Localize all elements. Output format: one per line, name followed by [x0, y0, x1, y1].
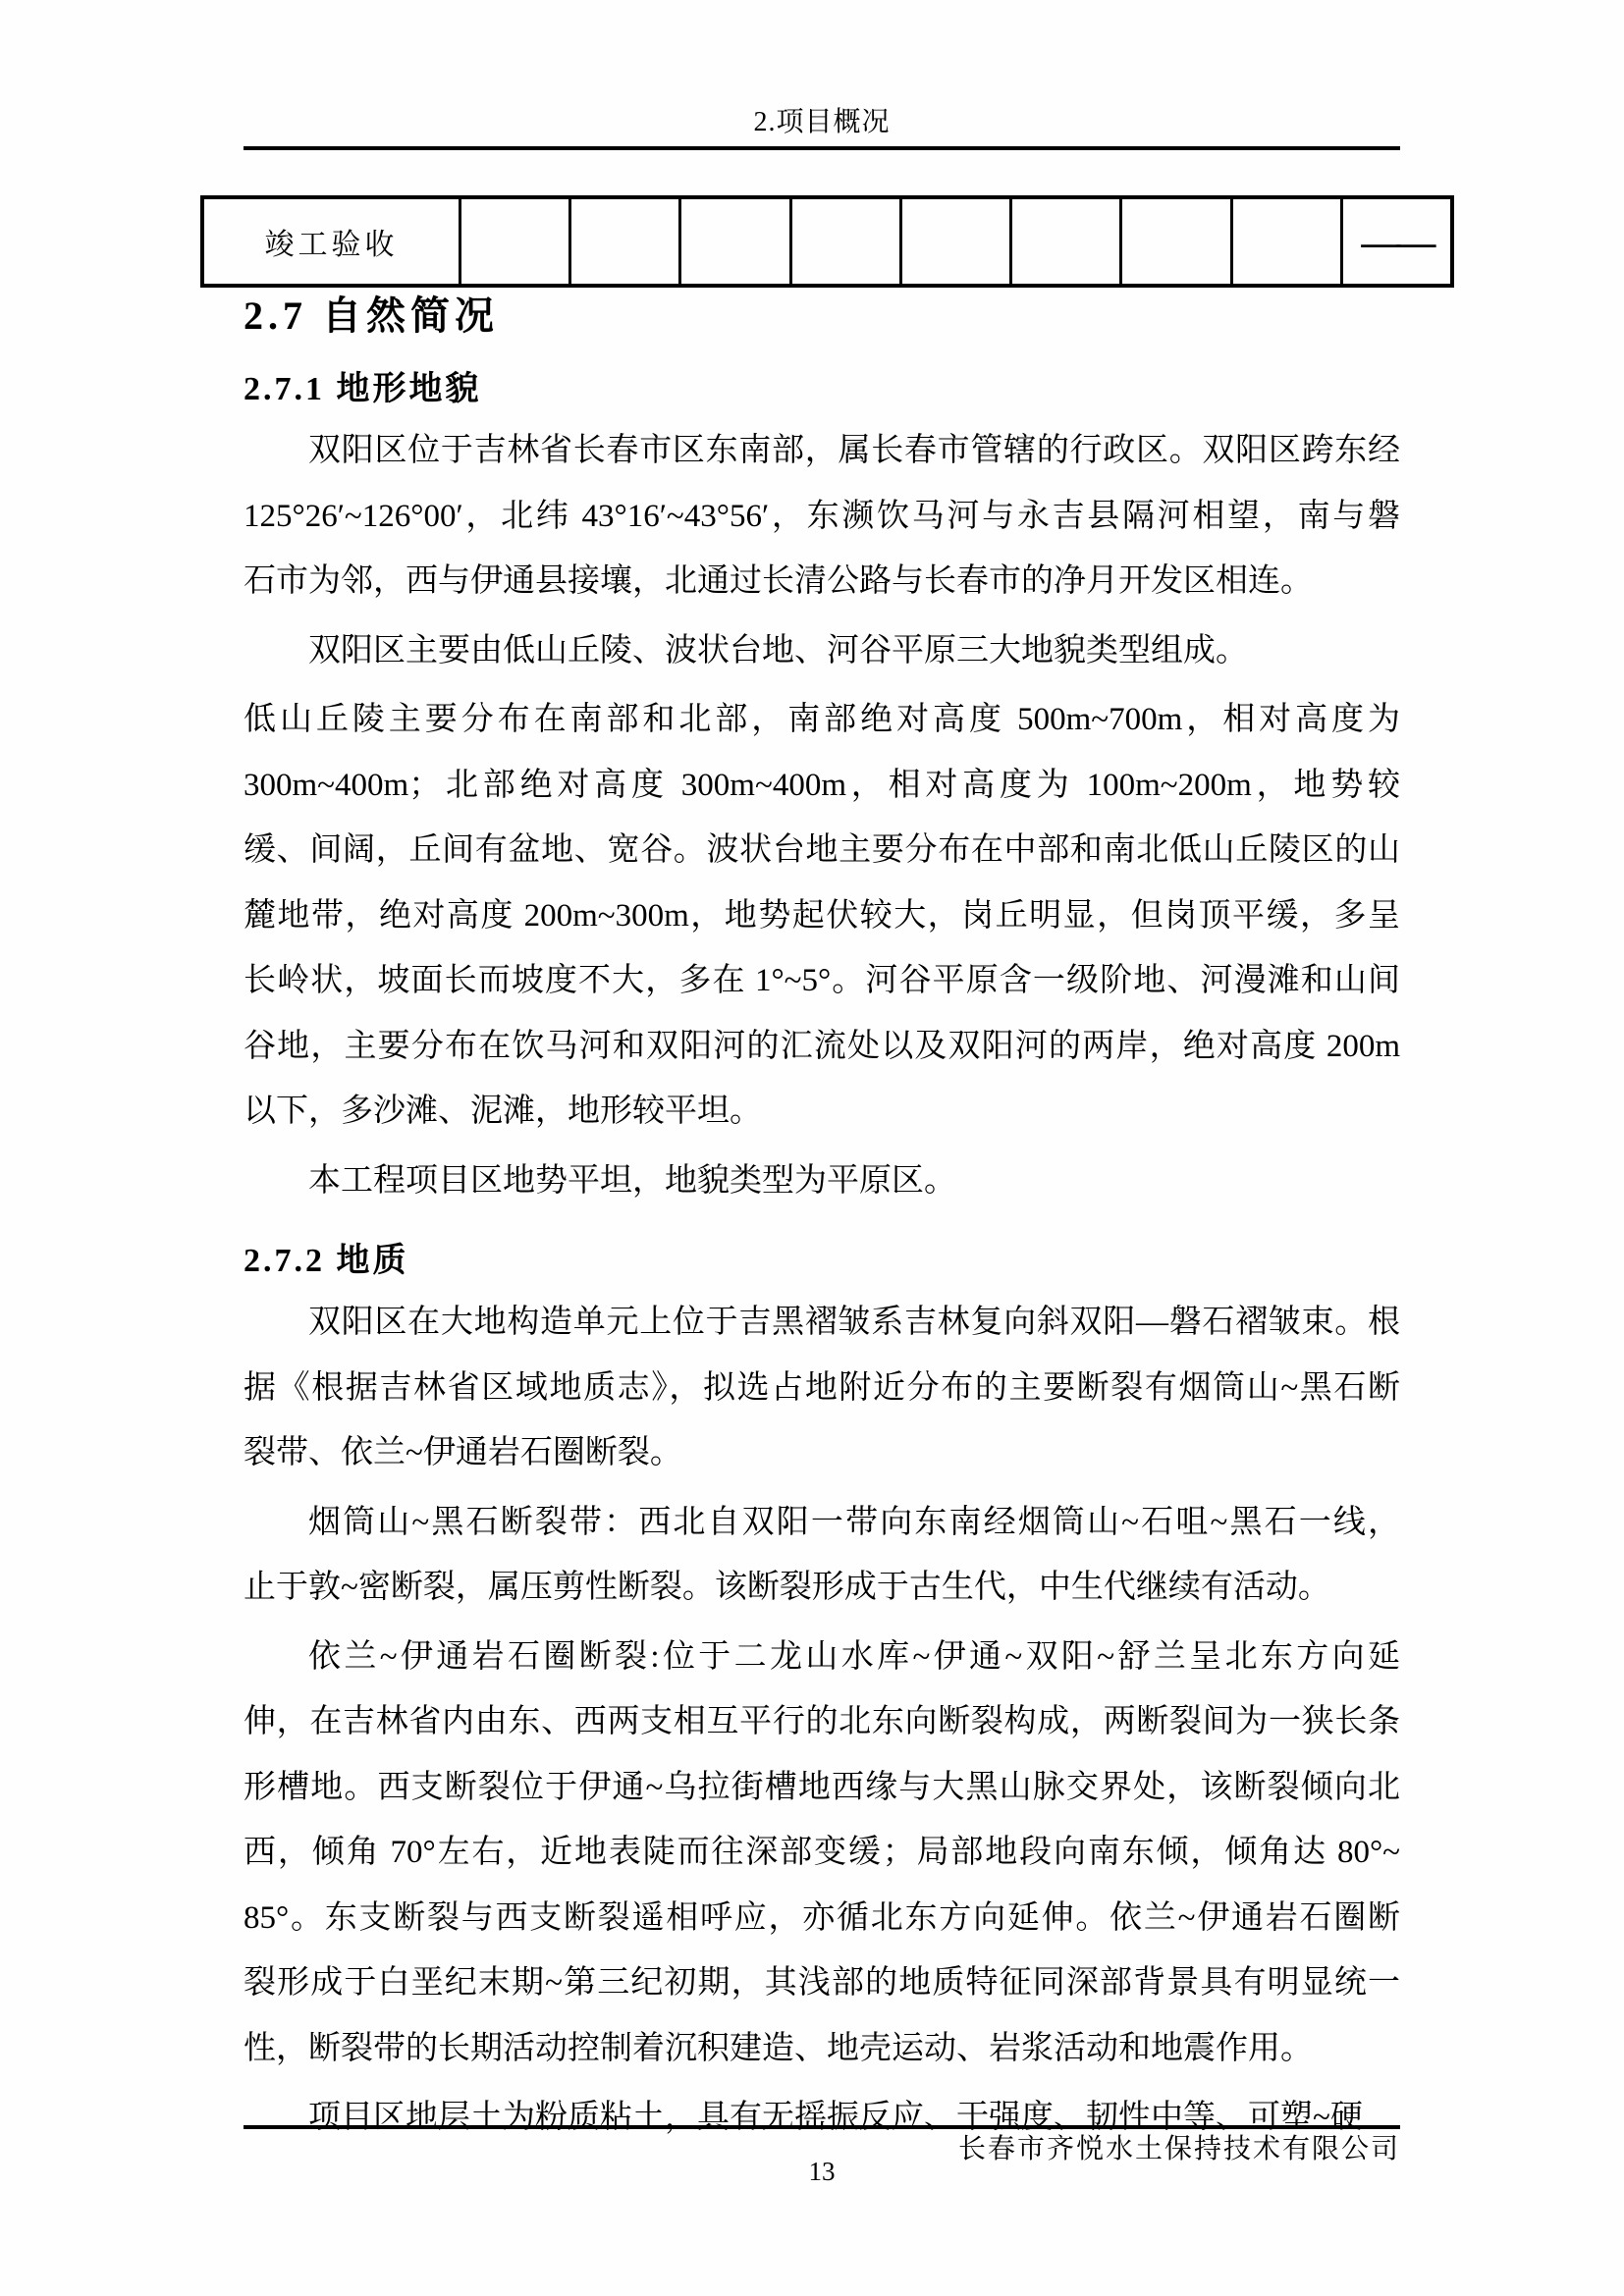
text-line: 300m~400m；北部绝对高度 300m~400m，相对高度为 100m~20…	[244, 753, 1400, 819]
text-line: 85°。东支断裂与西支断裂遥相呼应，亦循北东方向延伸。依兰~伊通岩石圈断	[244, 1886, 1400, 1951]
text-line: 裂带、依兰~伊通岩石圈断裂。	[244, 1420, 1400, 1486]
text-line: 伸，在吉林省内由东、西两支相互平行的北东向断裂构成，两断裂间为一狭长条	[244, 1689, 1400, 1755]
section-heading: 2.7.1 地形地貌	[244, 365, 1400, 414]
text-line: 以下，多沙滩、泥滩，地形较平坦。	[244, 1079, 1400, 1145]
text-line: 本工程项目区地势平坦，地貌类型为平原区。	[244, 1148, 1400, 1214]
footer-rule	[244, 2125, 1400, 2129]
text-line: 双阳区主要由低山丘陵、波状台地、河谷平原三大地貌类型组成。	[244, 618, 1400, 684]
paragraph: 低山丘陵主要分布在南部和北部，南部绝对高度 500m~700m，相对高度为300…	[244, 687, 1400, 1145]
document-page: 2.项目概况 竣工验收—— 2.7 自然简况2.7.1 地形地貌双阳区位于吉林省…	[0, 0, 1624, 2296]
text-line: 性，断裂带的长期活动控制着沉积建造、地壳运动、岩浆活动和地震作用。	[244, 2016, 1400, 2082]
paragraph: 双阳区主要由低山丘陵、波状台地、河谷平原三大地貌类型组成。	[244, 618, 1400, 684]
text-line: 石市为邻，西与伊通县接壤，北通过长清公路与长春市的净月开发区相连。	[244, 549, 1400, 614]
text-line: 据《根据吉林省区域地质志》，拟选占地附近分布的主要断裂有烟筒山~黑石断	[244, 1356, 1400, 1421]
text-line: 长岭状，坡面长而坡度不大，多在 1°~5°。河谷平原含一级阶地、河漫滩和山间	[244, 948, 1400, 1014]
table-cell: ——	[1343, 199, 1450, 284]
text-line: 烟筒山~黑石断裂带：西北自双阳一带向东南经烟筒山~石咀~黑石一线，	[244, 1490, 1400, 1556]
paragraph: 依兰~伊通岩石圈断裂:位于二龙山水库~伊通~双阳~舒兰呈北东方向延伸，在吉林省内…	[244, 1625, 1400, 2082]
paragraph: 双阳区位于吉林省长春市区东南部，属长春市管辖的行政区。双阳区跨东经125°26′…	[244, 418, 1400, 614]
text-line: 谷地，主要分布在饮马河和双阳河的汇流处以及双阳河的两岸，绝对高度 200m	[244, 1014, 1400, 1080]
table-cell	[1122, 199, 1232, 284]
paragraph: 烟筒山~黑石断裂带：西北自双阳一带向东南经烟筒山~石咀~黑石一线，止于敦~密断裂…	[244, 1490, 1400, 1621]
text-line: 依兰~伊通岩石圈断裂:位于二龙山水库~伊通~双阳~舒兰呈北东方向延	[244, 1625, 1400, 1690]
text-line: 西，倾角 70°左右，近地表陡而往深部变缓；局部地段向南东倾，倾角达 80°~	[244, 1820, 1400, 1886]
table-cell	[681, 199, 791, 284]
page-number: 13	[244, 2156, 1400, 2187]
text-line: 125°26′~126°00′，北纬 43°16′~43°56′，东濒饮马河与永…	[244, 484, 1400, 550]
table-cell-stage-label: 竣工验收	[204, 199, 461, 284]
text-line: 麓地带，绝对高度 200m~300m，地势起伏较大，岗丘明显，但岗顶平缓，多呈	[244, 883, 1400, 949]
table-cell	[1233, 199, 1343, 284]
text-line: 双阳区在大地构造单元上位于吉黑褶皱系吉林复向斜双阳—磐石褶皱束。根	[244, 1290, 1400, 1356]
header-rule	[244, 146, 1400, 150]
table-cell	[792, 199, 902, 284]
table-cell	[1012, 199, 1122, 284]
table-cell	[902, 199, 1012, 284]
paragraph: 双阳区在大地构造单元上位于吉黑褶皱系吉林复向斜双阳—磐石褶皱束。根据《根据吉林省…	[244, 1290, 1400, 1486]
text-line: 裂形成于白垩纪末期~第三纪初期，其浅部的地质特征同深部背景具有明显统一	[244, 1950, 1400, 2016]
paragraph: 本工程项目区地势平坦，地貌类型为平原区。	[244, 1148, 1400, 1214]
chapter-header: 2.项目概况	[244, 106, 1400, 139]
text-line: 双阳区位于吉林省长春市区东南部，属长春市管辖的行政区。双阳区跨东经	[244, 418, 1400, 484]
text-line: 缓、间阔，丘间有盆地、宽谷。波状台地主要分布在中部和南北低山丘陵区的山	[244, 818, 1400, 883]
text-line: 止于敦~密断裂，属压剪性断裂。该断裂形成于古生代，中生代继续有活动。	[244, 1555, 1400, 1621]
section-heading: 2.7 自然简况	[244, 291, 1400, 342]
text-line: 低山丘陵主要分布在南部和北部，南部绝对高度 500m~700m，相对高度为	[244, 687, 1400, 753]
schedule-table-row: 竣工验收——	[200, 195, 1454, 288]
table-cell	[571, 199, 681, 284]
text-line: 形槽地。西支断裂位于伊通~乌拉街槽地西缘与大黑山脉交界处，该断裂倾向北	[244, 1755, 1400, 1821]
document-body: 2.7 自然简况2.7.1 地形地貌双阳区位于吉林省长春市区东南部，属长春市管辖…	[244, 291, 1400, 2151]
table-cell	[461, 199, 571, 284]
section-heading: 2.7.2 地质	[244, 1237, 1400, 1286]
